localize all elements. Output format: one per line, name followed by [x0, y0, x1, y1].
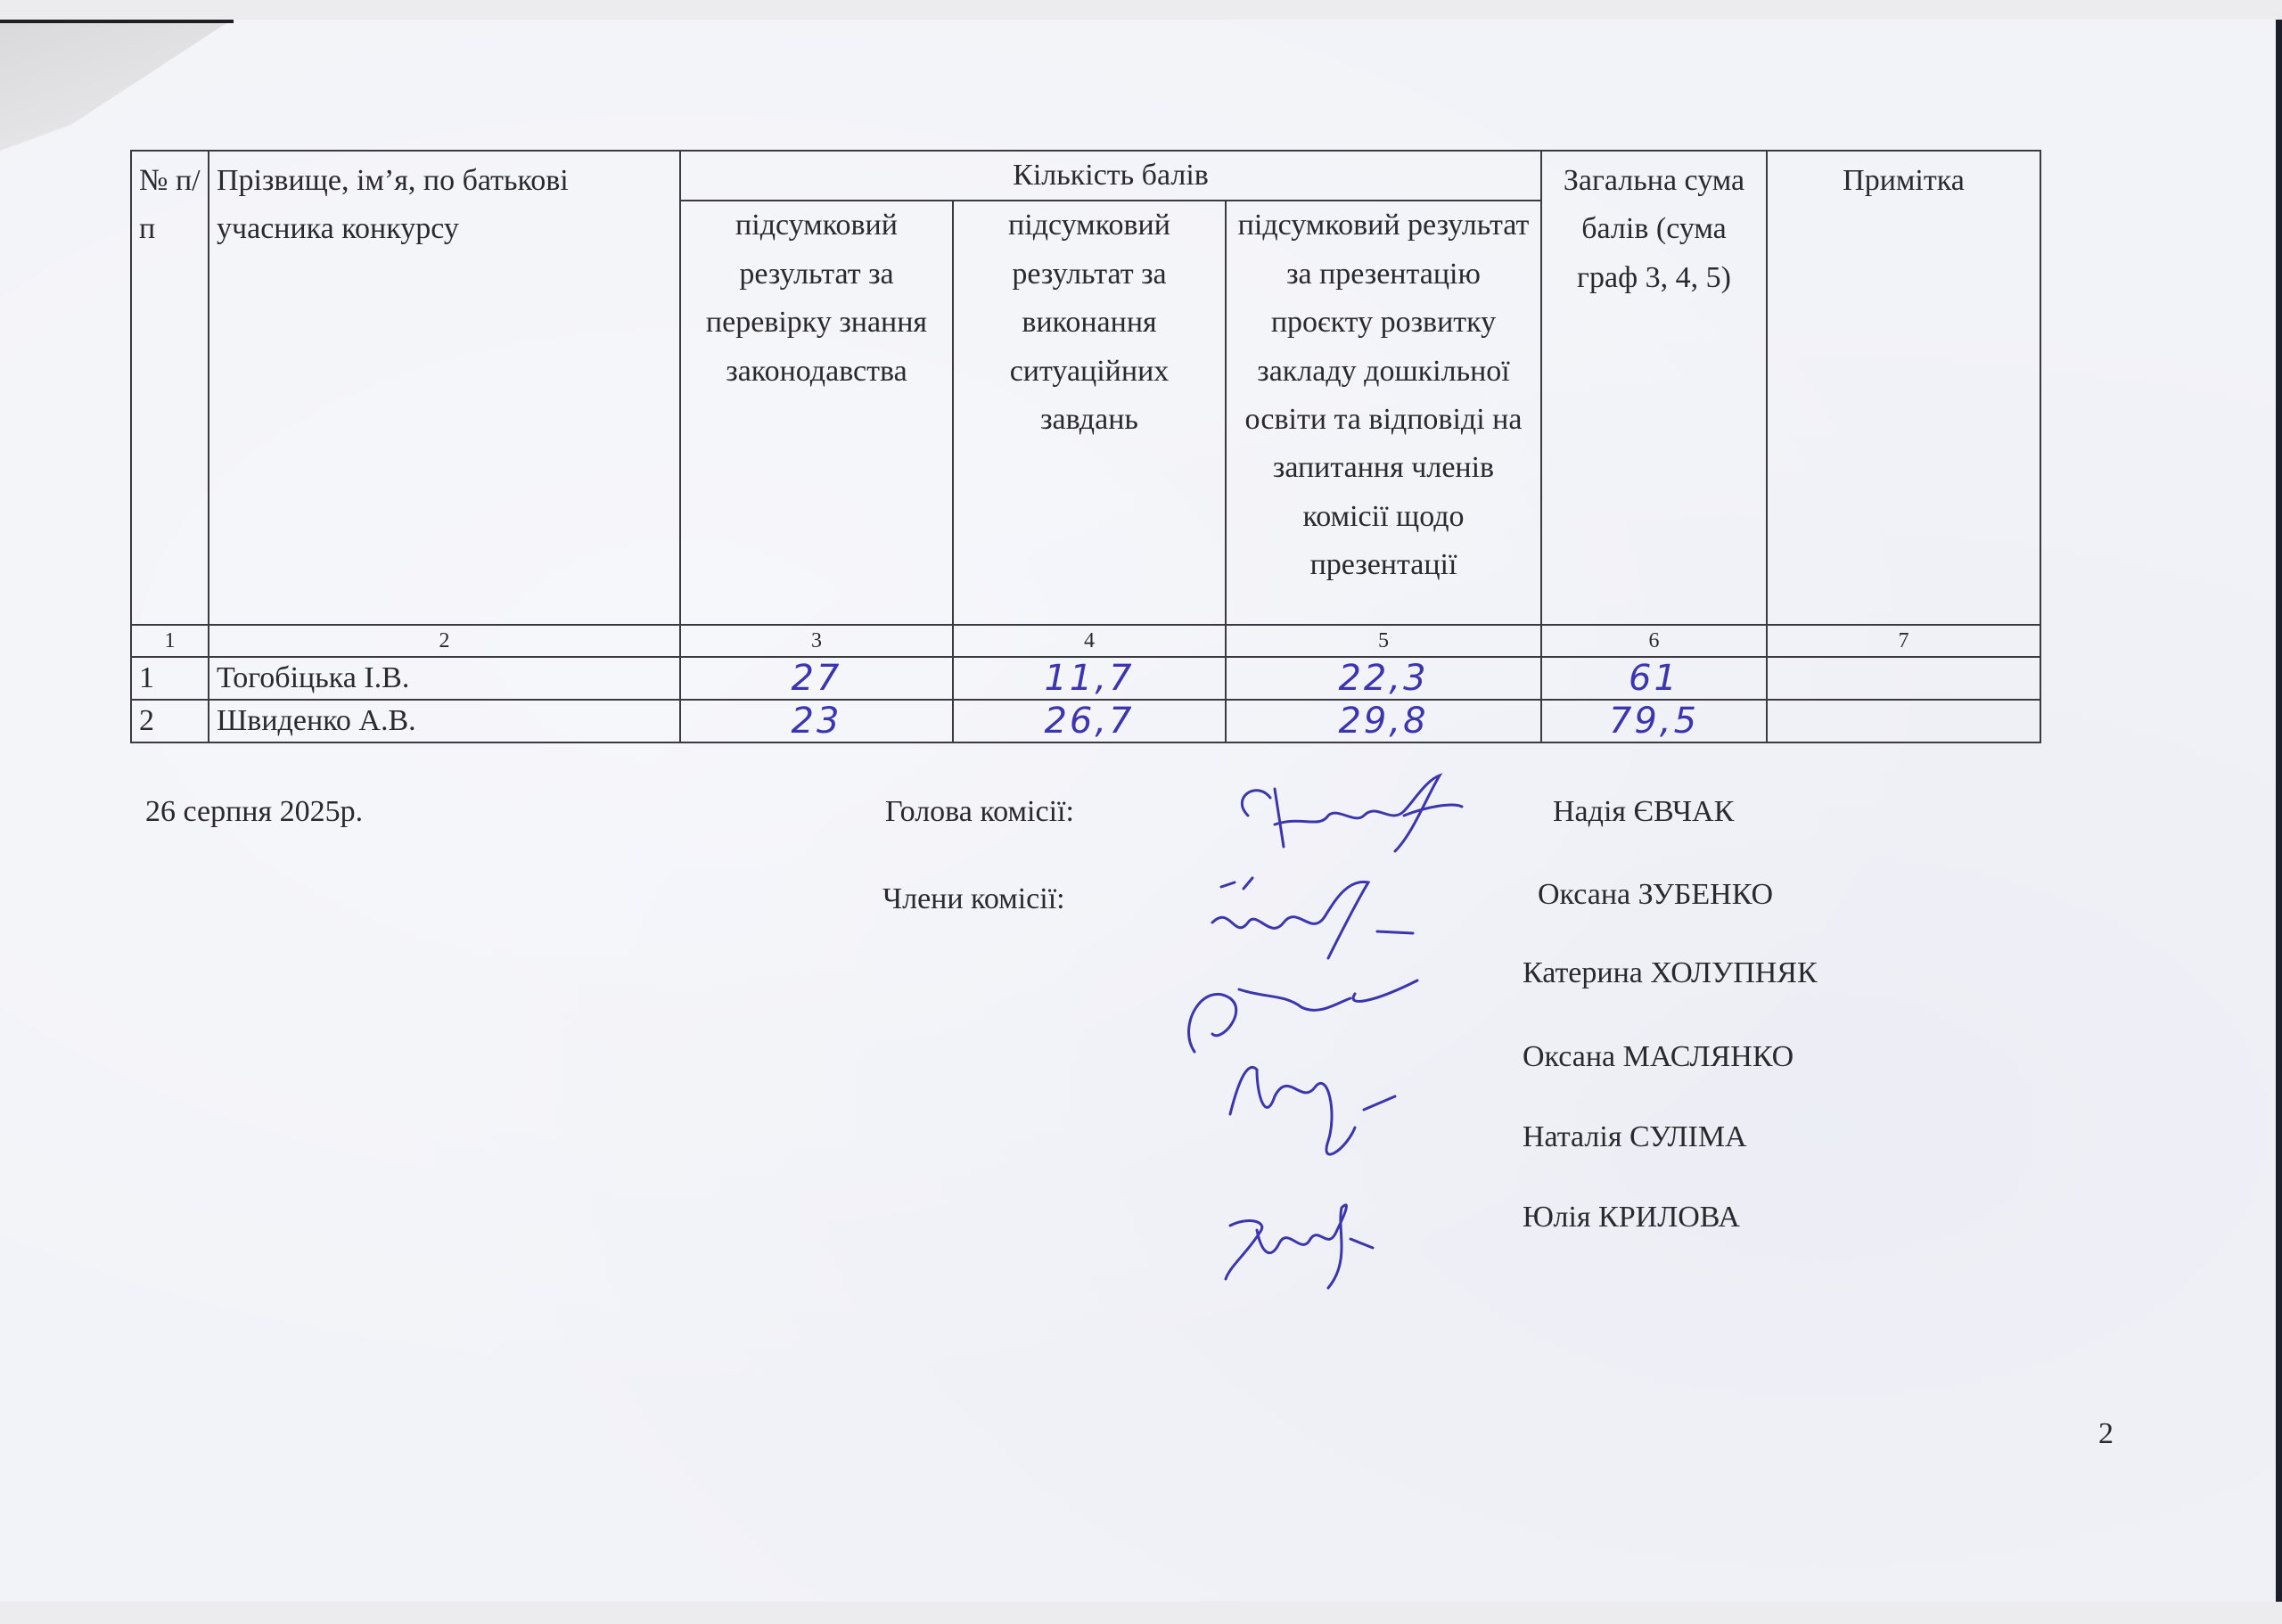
chair-label: Голова комісії: [885, 795, 1074, 829]
column-number-row: 1 2 3 4 5 6 7 [131, 625, 2040, 657]
column-number: 7 [1767, 625, 2040, 657]
presentation-score: 29,8 [1226, 700, 1541, 742]
scanner-edge [2276, 20, 2282, 1602]
member-name: Наталія СУЛІМА [1523, 1120, 1747, 1154]
total-score: 61 [1541, 657, 1767, 700]
member-name: Катерина ХОЛУПНЯК [1523, 956, 1818, 990]
page-edge-shadow [0, 20, 234, 23]
header-name: Прізвище, ім’я, по батькові учасника кон… [209, 151, 680, 625]
header-knowledge: підсумковий результат за перевірку знанн… [680, 201, 953, 625]
column-number: 3 [680, 625, 953, 657]
header-presentation: підсумковий результат за презентацію про… [1226, 201, 1541, 625]
table-row: 2 Швиденко А.В. 23 26,7 29,8 79,5 [131, 700, 2040, 742]
knowledge-score: 27 [680, 657, 953, 700]
page-number: 2 [2098, 1417, 2114, 1451]
header-number: № п/п [131, 151, 209, 625]
presentation-score: 22,3 [1226, 657, 1541, 700]
column-number: 5 [1226, 625, 1541, 657]
member-name: Оксана МАСЛЯНКО [1523, 1040, 1794, 1074]
header-situational: підсумковий результат за виконання ситуа… [953, 201, 1226, 625]
participant-name: Швиденко А.В. [209, 700, 680, 742]
scores-table: № п/п Прізвище, ім’я, по батькові учасни… [130, 150, 2041, 743]
column-number: 2 [209, 625, 680, 657]
situational-score: 11,7 [953, 657, 1226, 700]
member-name: Оксана ЗУБЕНКО [1538, 878, 1773, 912]
knowledge-score: 23 [680, 700, 953, 742]
column-number: 4 [953, 625, 1226, 657]
header-total: Загальна сума балів (сума граф 3, 4, 5) [1541, 151, 1767, 625]
header-note: Примітка [1767, 151, 2040, 625]
column-number: 6 [1541, 625, 1767, 657]
members-label: Члени комісії: [882, 882, 1065, 916]
member-signature [1186, 869, 1426, 967]
chair-name: Надія ЄВЧАК [1553, 795, 1734, 829]
row-number: 2 [131, 700, 209, 742]
header-row-top: № п/п Прізвище, ім’я, по батькові учасни… [131, 151, 2040, 201]
note-cell [1767, 657, 2040, 700]
protocol-date: 26 серпня 2025р. [145, 795, 363, 829]
member-signature [1203, 1043, 1444, 1177]
column-number: 1 [131, 625, 209, 657]
table-row: 1 Тогобіцька І.В. 27 11,7 22,3 61 [131, 657, 2040, 700]
row-number: 1 [131, 657, 209, 700]
member-name: Юлія КРИЛОВА [1523, 1201, 1740, 1234]
situational-score: 26,7 [953, 700, 1226, 742]
note-cell [1767, 700, 2040, 742]
header-points-group: Кількість балів [680, 151, 1541, 201]
chair-signature [1221, 762, 1471, 860]
member-signature [1194, 1190, 1444, 1306]
participant-name: Тогобіцька І.В. [209, 657, 680, 700]
total-score: 79,5 [1541, 700, 1767, 742]
